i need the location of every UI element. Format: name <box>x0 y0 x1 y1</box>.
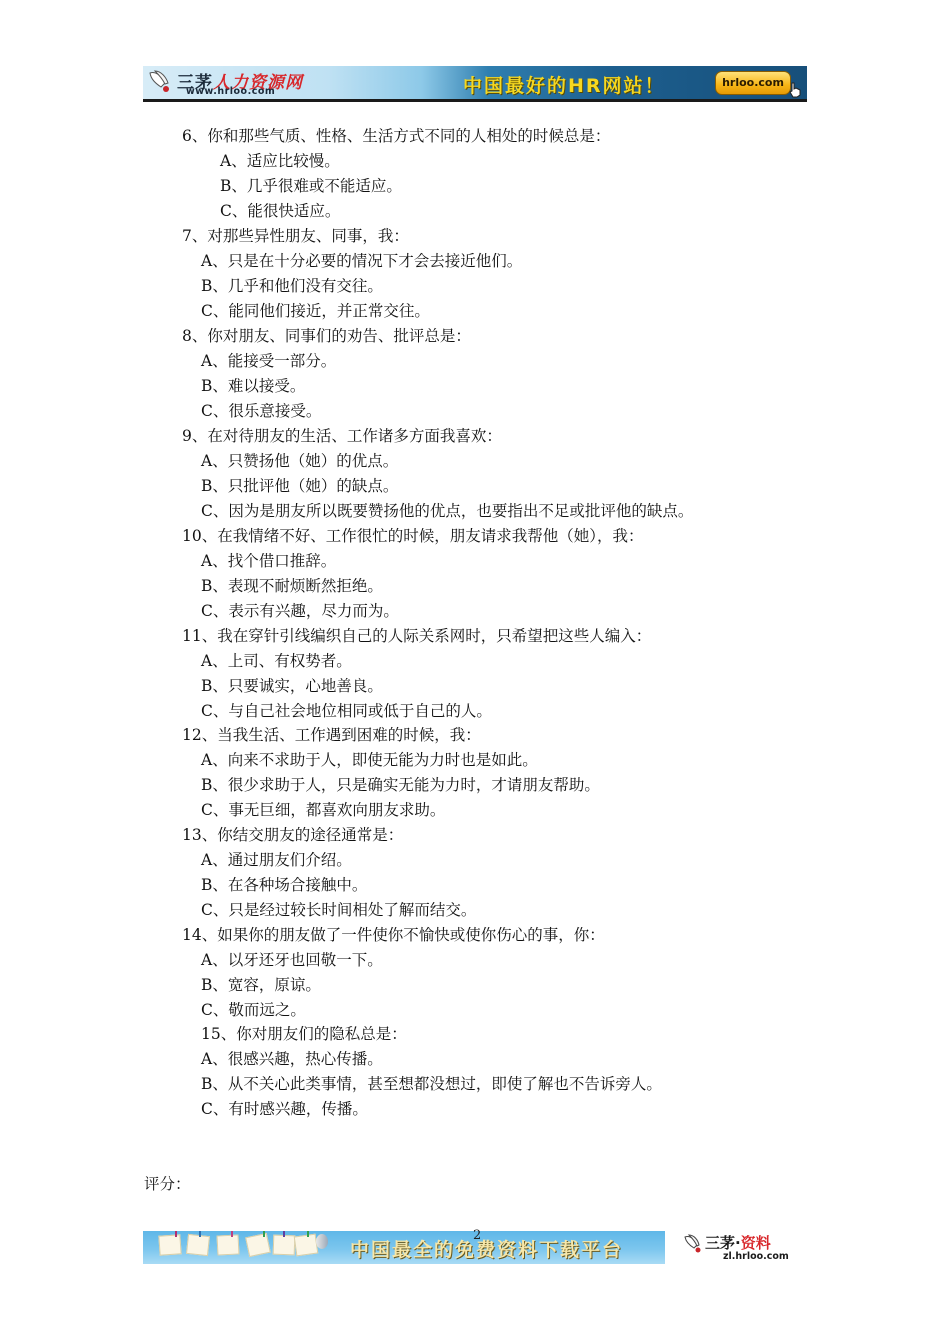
question-11-option-a: A、上司、有权势者。 <box>201 651 352 671</box>
drawing-card-icon <box>245 1233 271 1257</box>
question-7-option-a: A、只是在十分必要的情况下才会去接近他们。 <box>201 251 522 271</box>
clip-icon <box>199 1231 201 1237</box>
header-banner[interactable]: 三茅人力资源网 www.hrloo.com 中国最好的HR网站！ hrloo.c… <box>143 66 807 102</box>
hand-cursor-icon <box>788 82 802 98</box>
question-15-option-a: A、很感兴趣，热心传播。 <box>201 1049 383 1069</box>
zl-logo-text: 三茅·资料 <box>705 1232 771 1253</box>
scoring-label: 评分： <box>144 1174 191 1194</box>
zl-logo-dark-text: 三茅· <box>705 1234 741 1252</box>
question-8-option-b: B、难以接受。 <box>201 376 305 396</box>
question-8: 8、你对朋友、同事们的劝告、批评总是： <box>182 326 471 346</box>
drawing-card-icon <box>273 1235 296 1256</box>
clip-icon <box>307 1231 309 1237</box>
question-13: 13、你结交朋友的途径通常是： <box>182 825 403 845</box>
shuttlecock-logo-icon <box>147 69 173 97</box>
question-14-option-c: C、敬而远之。 <box>201 1000 306 1020</box>
clip-icon <box>231 1231 233 1237</box>
question-7: 7、对那些异性朋友、同事，我： <box>182 226 409 246</box>
question-10-option-b: B、表现不耐烦断然拒绝。 <box>201 576 383 596</box>
question-6-option-c: C、能很快适应。 <box>220 201 340 221</box>
question-8-option-a: A、能接受一部分。 <box>201 351 336 371</box>
question-10-option-a: A、找个借口推辞。 <box>201 551 336 571</box>
question-11-option-c: C、与自己社会地位相同或低于自己的人。 <box>201 701 492 721</box>
question-6: 6、你和那些气质、性格、生活方式不同的人相处的时候总是： <box>182 126 610 146</box>
zl-hrloo-logo[interactable]: 三茅·资料 zl.hrloo.com <box>683 1232 803 1264</box>
question-12: 12、当我生活、工作遇到困难的时候，我： <box>182 725 481 745</box>
question-9-option-c: C、因为是朋友所以既要赞扬他的优点，也要指出不足或批评他的缺点。 <box>201 501 693 521</box>
footer-banner[interactable]: 中国最全的免费资料下载平台 <box>143 1231 665 1264</box>
clip-icon <box>263 1231 265 1237</box>
footer-tagline: 中国最全的免费资料下载平台 <box>350 1235 623 1262</box>
question-14: 14、如果你的朋友做了一件使你不愉快或使你伤心的事，你： <box>182 925 605 945</box>
question-14-option-a: A、以牙还牙也回敬一下。 <box>201 950 383 970</box>
drawing-card-icon <box>186 1234 210 1256</box>
question-11-option-b: B、只要诚实，心地善良。 <box>201 676 383 696</box>
question-9-option-a: A、只赞扬他（她）的优点。 <box>201 451 398 471</box>
question-12-option-b: B、很少求助于人，只是确实无能为力时，才请朋友帮助。 <box>201 775 600 795</box>
question-12-option-c: C、事无巨细，都喜欢向朋友求助。 <box>201 800 445 820</box>
question-10: 10、在我情绪不好、工作很忙的时候，朋友请求我帮他（她），我： <box>182 526 643 546</box>
zl-logo-red-text: 资料 <box>741 1234 771 1252</box>
clip-icon <box>283 1231 285 1237</box>
question-8-option-c: C、很乐意接受。 <box>201 401 321 421</box>
question-15-option-c: C、有时感兴趣，传播。 <box>201 1099 368 1119</box>
question-6-option-a: A、适应比较慢。 <box>220 151 340 171</box>
question-14-option-b: B、宽容，原谅。 <box>201 975 321 995</box>
header-logo-url: www.hrloo.com <box>186 86 275 97</box>
hot-air-balloon-icon <box>316 1234 328 1249</box>
page-number: 2 <box>473 1228 481 1243</box>
clip-icon <box>175 1231 177 1237</box>
drawing-card-icon <box>294 1234 319 1257</box>
question-7-option-c: C、能同他们接近，并正常交往。 <box>201 301 430 321</box>
hrloo-link-button[interactable]: hrloo.com <box>715 71 791 95</box>
question-13-option-b: B、在各种场合接触中。 <box>201 875 367 895</box>
drawing-card-icon <box>216 1234 239 1255</box>
question-12-option-a: A、向来不求助于人，即使无能为力时也是如此。 <box>201 750 538 770</box>
question-7-option-b: B、几乎和他们没有交往。 <box>201 276 383 296</box>
question-9: 9、在对待朋友的生活、工作诸多方面我喜欢： <box>182 426 502 446</box>
header-slogan: 中国最好的HR网站！ <box>463 71 666 98</box>
question-13-option-c: C、只是经过较长时间相处了解而结交。 <box>201 900 476 920</box>
question-10-option-c: C、表示有兴趣，尽力而为。 <box>201 601 399 621</box>
question-9-option-b: B、只批评他（她）的缺点。 <box>201 476 398 496</box>
drawing-card-icon <box>158 1234 181 1255</box>
question-11: 11、我在穿针引线编织自己的人际关系网时，只希望把这些人编入： <box>182 626 651 646</box>
question-15: 15、你对朋友们的隐私总是： <box>201 1024 407 1044</box>
zl-logo-url: zl.hrloo.com <box>723 1251 789 1262</box>
question-6-option-b: B、几乎很难或不能适应。 <box>220 176 402 196</box>
shuttlecock-logo-icon <box>683 1234 703 1256</box>
question-13-option-a: A、通过朋友们介绍。 <box>201 850 352 870</box>
question-15-option-b: B、从不关心此类事情，甚至想都没想过，即使了解也不告诉旁人。 <box>201 1074 662 1094</box>
